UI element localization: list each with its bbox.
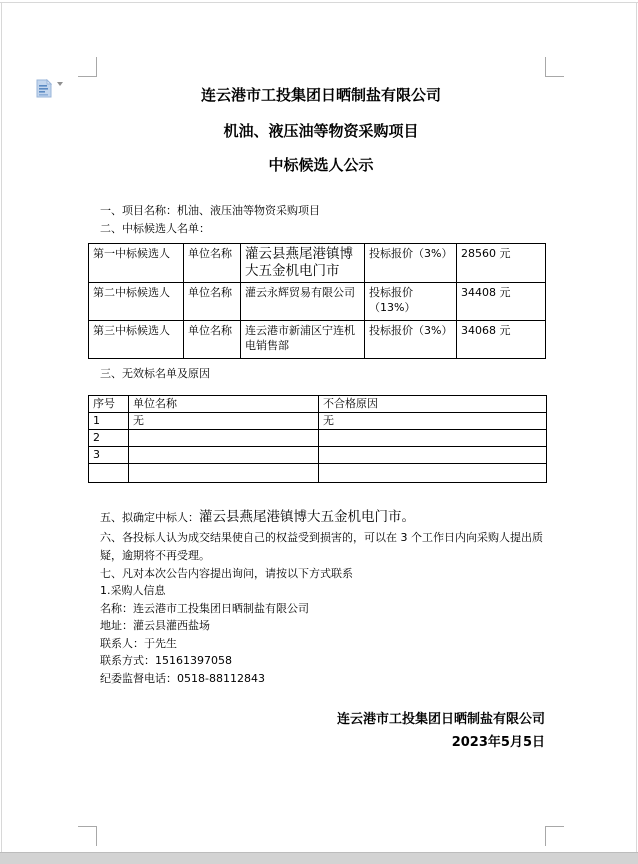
candidate-row-1: 第一中标候选人 单位名称 灌云县燕尾港镇博大五金机电门市 投标报价（3%） 28… [89,244,546,283]
signature-company: 连云港市工投集团日晒制盐有限公司 [337,708,545,731]
reason-cell [319,430,547,447]
price-label-cell: 投标报价（3%） [365,321,457,359]
invalid-row-4 [89,464,547,483]
purchaser-contact-person: 联系人：于先生 [100,636,309,654]
no-cell: 2 [89,430,129,447]
price-label-cell: 投标报价（3%） [365,244,457,283]
company-cell: 灌云县燕尾港镇博大五金机电门市 [241,244,365,283]
floatie-widget [36,79,70,101]
price-cell: 34408 元 [457,283,546,321]
section-invalid-bids-heading: 三、无效标名单及原因 [100,366,210,381]
winner-company: 灌云县燕尾港镇博大五金机电门市 [199,509,402,525]
crop-mark-top-right [545,57,564,77]
crop-mark-bottom-right [545,826,564,846]
document-options-icon[interactable] [36,79,52,102]
company-cell: 连云港市新浦区宁连机电销售部 [241,321,365,359]
no-cell: 3 [89,447,129,464]
unit-label-cell: 单位名称 [184,244,241,283]
section-objection-line1: 六、各投标人认为成交结果使自己的权益受到损害的，可以在 3 个工作日内向采购人提… [100,530,543,545]
section-objection-line2: 疑，逾期将不再受理。 [100,548,210,563]
price-cell: 34068 元 [457,321,546,359]
section-contact-heading: 七、凡对本次公告内容提出询问，请按以下方式联系 [100,566,353,581]
no-cell: 1 [89,413,129,430]
invalid-row-3: 3 [89,447,547,464]
purchaser-name: 名称：连云港市工投集团日晒制盐有限公司 [100,601,309,619]
page-right-edge [636,2,637,853]
doc-title-project: 机油、液压油等物资采购项目 [97,122,545,140]
header-reason: 不合格原因 [319,396,547,413]
signature-block: 连云港市工投集团日晒制盐有限公司 2023年5月5日 [337,708,545,754]
invalid-bids-table: 序号 单位名称 不合格原因 1 无 无 2 3 [88,395,547,483]
company-cell: 灌云永辉贸易有限公司 [241,283,365,321]
rank-cell: 第二中标候选人 [89,283,184,321]
purchaser-info-block: 1.采购人信息 名称：连云港市工投集团日晒制盐有限公司 地址：灌云县灌西盐场 联… [100,583,309,689]
candidate-row-3: 第三中标候选人 单位名称 连云港市新浦区宁连机电销售部 投标报价（3%） 340… [89,321,546,359]
unit-label-cell: 单位名称 [184,321,241,359]
price-label-cell: 投标报价（13%） [365,283,457,321]
unit-label-cell: 单位名称 [184,283,241,321]
header-unit-name: 单位名称 [129,396,319,413]
candidate-row-2: 第二中标候选人 单位名称 灌云永辉贸易有限公司 投标报价（13%） 34408 … [89,283,546,321]
winner-period: 。 [402,509,416,525]
section-winner: 五、拟确定中标人：灌云县燕尾港镇博大五金机电门市。 [100,510,415,525]
reason-cell: 无 [319,413,547,430]
company-cell [129,447,319,464]
crop-mark-top-left [78,57,97,77]
purchaser-phone: 联系方式：15161397058 [100,653,309,671]
doc-title-announcement: 中标候选人公示 [97,156,545,174]
company-cell: 无 [129,413,319,430]
header-no: 序号 [89,396,129,413]
rank-cell: 第三中标候选人 [89,321,184,359]
no-cell [89,464,129,483]
invalid-row-2: 2 [89,430,547,447]
page-left-edge [1,2,2,853]
crop-mark-bottom-left [78,826,97,846]
purchaser-heading: 1.采购人信息 [100,583,309,601]
winner-prefix: 五、拟确定中标人： [100,511,199,524]
signature-date: 2023年5月5日 [337,731,545,754]
page-top-edge [0,2,638,3]
company-cell [129,430,319,447]
price-cell: 28560 元 [457,244,546,283]
purchaser-address: 地址：灌云县灌西盐场 [100,618,309,636]
reason-cell [319,464,547,483]
invalid-row-1: 1 无 无 [89,413,547,430]
reason-cell [319,447,547,464]
candidates-table: 第一中标候选人 单位名称 灌云县燕尾港镇博大五金机电门市 投标报价（3%） 28… [88,243,546,359]
document-page: 连云港市工投集团日晒制盐有限公司 机油、液压油等物资采购项目 中标候选人公示 一… [0,0,638,864]
doc-title-company: 连云港市工投集团日晒制盐有限公司 [97,86,545,104]
section-candidate-list-heading: 二、中标候选人名单： [100,221,210,236]
page-bottom-gap [0,852,638,864]
purchaser-supervision-phone: 纪委监督电话：0518-88112843 [100,671,309,689]
rank-cell: 第一中标候选人 [89,244,184,283]
company-cell [129,464,319,483]
section-project-name: 一、项目名称：机油、液压油等物资采购项目 [100,203,320,218]
invalid-header-row: 序号 单位名称 不合格原因 [89,396,547,413]
floatie-dropdown-icon[interactable] [57,86,65,94]
